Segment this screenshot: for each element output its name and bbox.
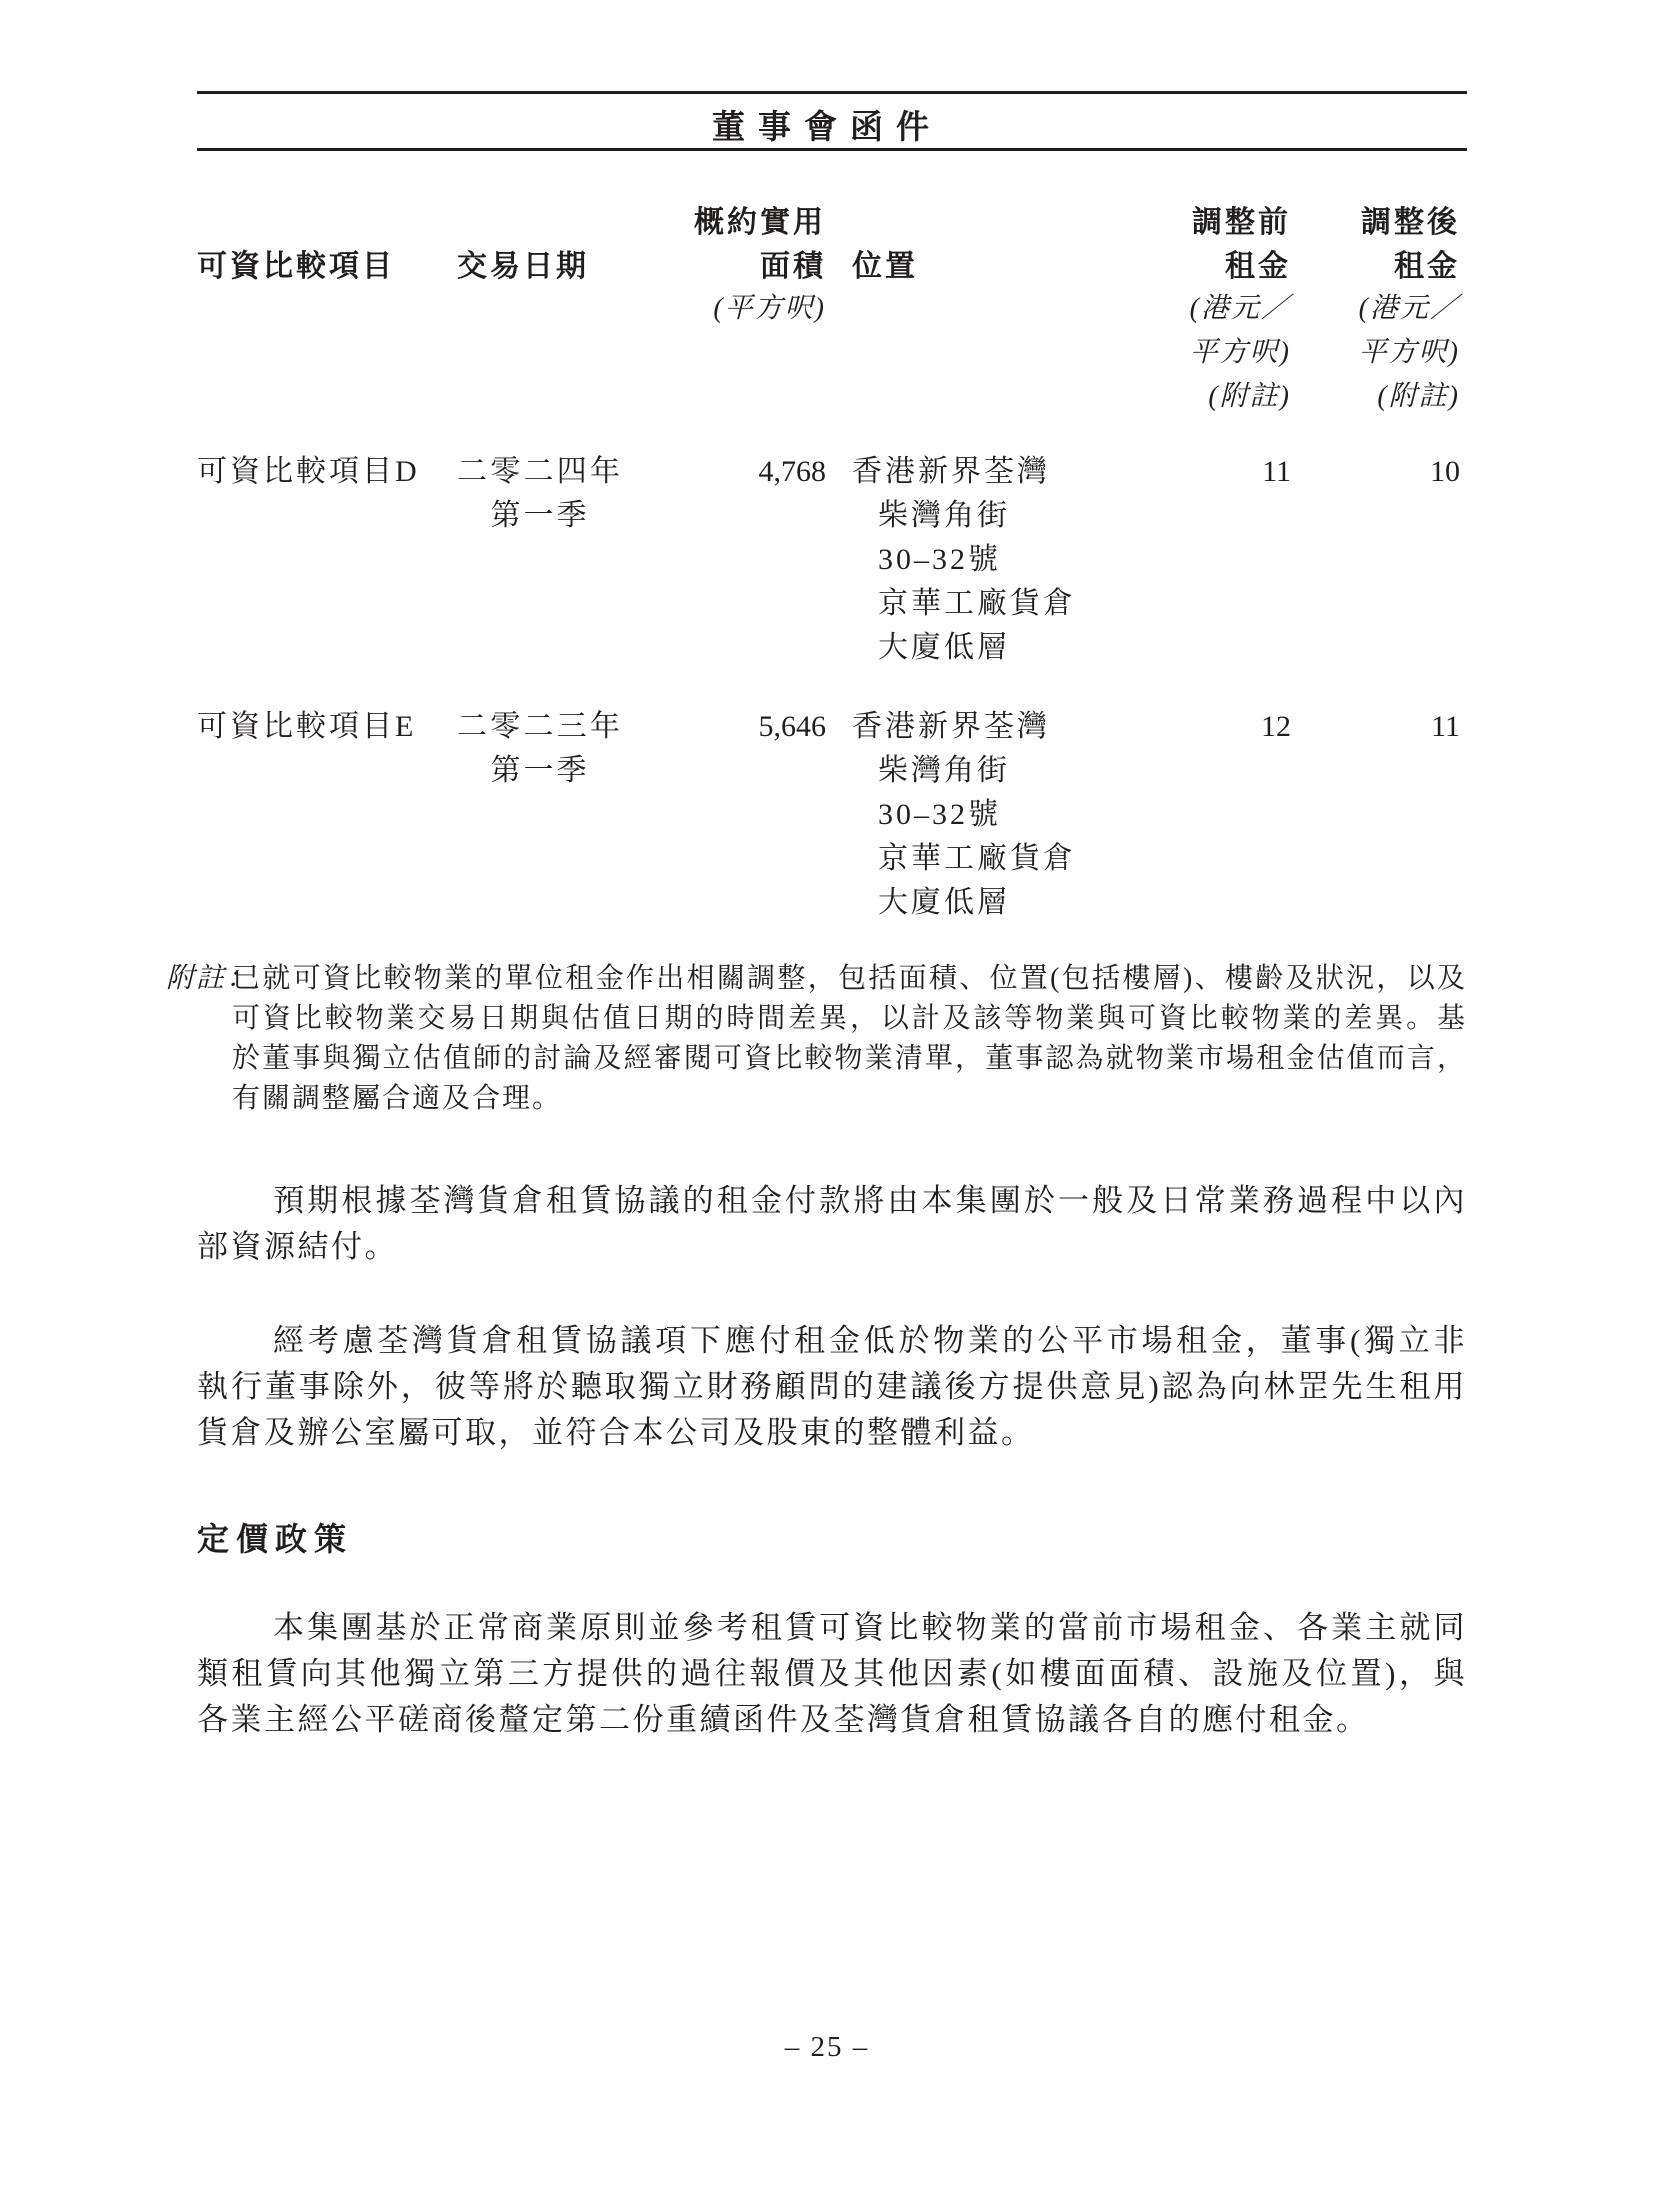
col-header-rent-before-line1: 調整前	[1130, 206, 1291, 241]
row-d-rent-before: 11	[1190, 455, 1291, 490]
col-header-rent-after-line2: 租金	[1300, 250, 1460, 285]
row-d-rent-after: 10	[1360, 455, 1460, 490]
paragraph-line: 類租賃向其他獨立第三方提供的過往報價及其他因素(如樓面面積、設施及位置)，與	[197, 1656, 1467, 1692]
col-header-rent-before-line2: 租金	[1130, 250, 1291, 285]
col-header-rent-after-unit3: (附註)	[1300, 381, 1460, 413]
col-header-rent-after-line1: 調整後	[1300, 206, 1460, 241]
document-page: 董事會函件 可資比較項目 交易日期 概約實用 面積 (平方呎) 位置 調整前 租…	[0, 0, 1654, 2205]
col-header-rent-before-unit1: (港元／	[1130, 293, 1291, 325]
paragraph-line: 經考慮荃灣貨倉租賃協議項下應付租金低於物業的公平市場租金，董事(獨立非	[197, 1323, 1467, 1359]
page-number: – 25 –	[0, 2031, 1654, 2064]
row-e-date-line1: 二零二三年	[457, 710, 623, 745]
col-header-rent-after-unit1: (港元／	[1300, 293, 1460, 325]
section-heading: 定價政策	[197, 1514, 353, 1560]
col-header-area-line1: 概約實用	[650, 206, 826, 241]
col-header-date: 交易日期	[457, 250, 589, 285]
paragraph-line: 本集團基於正常商業原則並參考租賃可資比較物業的當前市場租金、各業主就同	[197, 1610, 1467, 1646]
row-e-rent-before: 12	[1190, 710, 1291, 745]
paragraph-line: 貨倉及辦公室屬可取，並符合本公司及股東的整體利益。	[197, 1415, 1035, 1451]
col-header-item: 可資比較項目	[197, 250, 395, 285]
row-d-location-line1: 香港新界荃灣	[852, 455, 1050, 490]
note-line: 已就可資比較物業的單位租金作出相關調整，包括面積、位置(包括樓層)、樓齡及狀況，…	[232, 963, 1467, 995]
row-e-location-line1: 香港新界荃灣	[852, 710, 1050, 745]
note-line: 可資比較物業交易日期與估值日期的時間差異，以計及該等物業與可資比較物業的差異。基	[232, 1003, 1467, 1035]
paragraph-line: 各業主經公平磋商後釐定第二份重續函件及荃灣貨倉租賃協議各自的應付租金。	[197, 1702, 1370, 1738]
row-d-item: 可資比較項目D	[197, 455, 420, 490]
header-rule-bottom	[197, 148, 1467, 151]
row-d-date-line1: 二零二四年	[457, 455, 623, 490]
paragraph-line: 執行董事除外，彼等將於聽取獨立財務顧問的建議後方提供意見)認為向林罡先生租用	[197, 1369, 1467, 1405]
note-line: 有關調整屬合適及合理。	[232, 1083, 562, 1115]
row-e-location-line5: 大廈低層	[852, 886, 1010, 921]
row-d-area: 4,768	[700, 455, 826, 490]
col-header-rent-before-unit2: 平方呎)	[1130, 337, 1291, 369]
page-title: 董事會函件	[0, 101, 1654, 148]
col-header-rent-before-unit3: (附註)	[1130, 381, 1291, 413]
row-e-area: 5,646	[700, 710, 826, 745]
row-e-location-line2: 柴灣角街	[852, 754, 1010, 789]
row-d-location-line3: 30–32號	[852, 543, 1001, 578]
col-header-location: 位置	[852, 250, 918, 285]
row-e-item: 可資比較項目E	[197, 710, 416, 745]
row-d-location-line4: 京華工廠貨倉	[852, 587, 1076, 622]
paragraph-line: 部資源結付。	[197, 1229, 398, 1265]
col-header-rent-after-unit2: 平方呎)	[1300, 337, 1460, 369]
row-d-date-line2: 第一季	[457, 499, 623, 534]
row-e-rent-after: 11	[1360, 710, 1460, 745]
row-e-date-line2: 第一季	[457, 754, 623, 789]
header-rule-top	[197, 91, 1467, 94]
paragraph-line: 預期根據荃灣貨倉租賃協議的租金付款將由本集團於一般及日常業務過程中以內	[197, 1183, 1467, 1219]
col-header-area-line2: 面積	[650, 250, 826, 285]
col-header-area-unit: (平方呎)	[650, 293, 826, 325]
note-line: 於董事與獨立估值師的討論及經審閱可資比較物業清單，董事認為就物業市場租金估值而言…	[232, 1043, 1467, 1075]
row-e-location-line3: 30–32號	[852, 798, 1001, 833]
row-d-location-line5: 大廈低層	[852, 631, 1010, 666]
row-e-location-line4: 京華工廠貨倉	[852, 842, 1076, 877]
row-d-location-line2: 柴灣角街	[852, 499, 1010, 534]
